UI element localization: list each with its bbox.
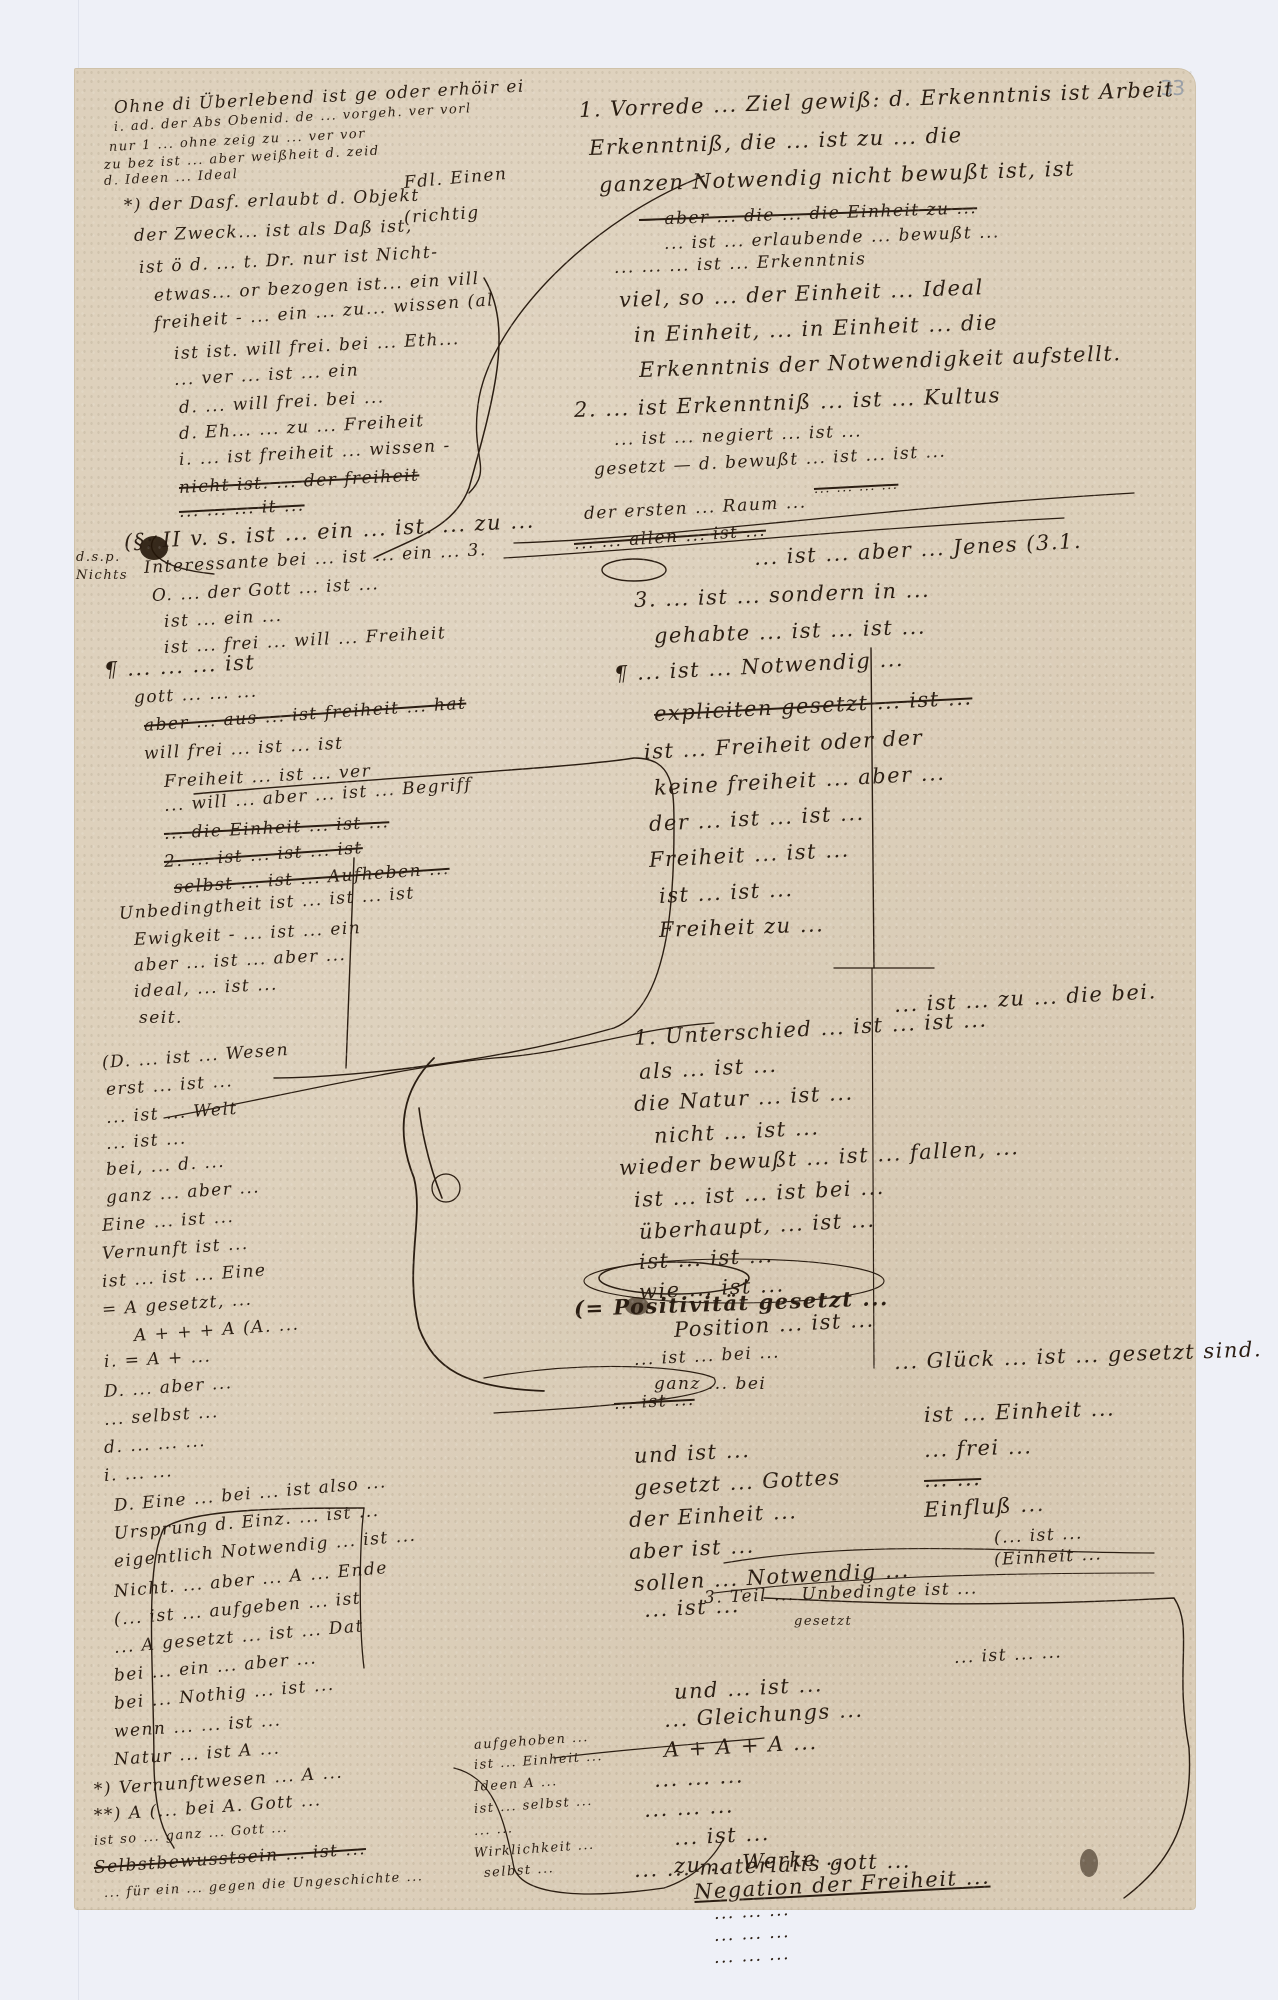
text-line: ... ... ... xyxy=(713,1900,790,1924)
text-line: gesetzt xyxy=(794,1614,852,1629)
text-line: ... ... ... xyxy=(713,1922,790,1946)
margin-note: d.s.p. xyxy=(76,550,121,565)
text-line: seit. xyxy=(139,1008,183,1028)
text-line: ... frei ... xyxy=(924,1434,1033,1462)
margin-note: Nichts xyxy=(76,568,128,583)
text-line: ... ist ... xyxy=(673,1821,770,1850)
text-line-struck: ... ... xyxy=(924,1466,982,1492)
text-line: ... ... ... xyxy=(643,1793,734,1822)
text-line: ... ... ... xyxy=(653,1763,744,1792)
text-line-struck: ... ist ... xyxy=(613,1390,695,1414)
text-line: ... ... ... xyxy=(713,1944,790,1968)
text-line: ... ... xyxy=(473,1821,513,1839)
manuscript-page: 33 xyxy=(74,68,1196,1910)
